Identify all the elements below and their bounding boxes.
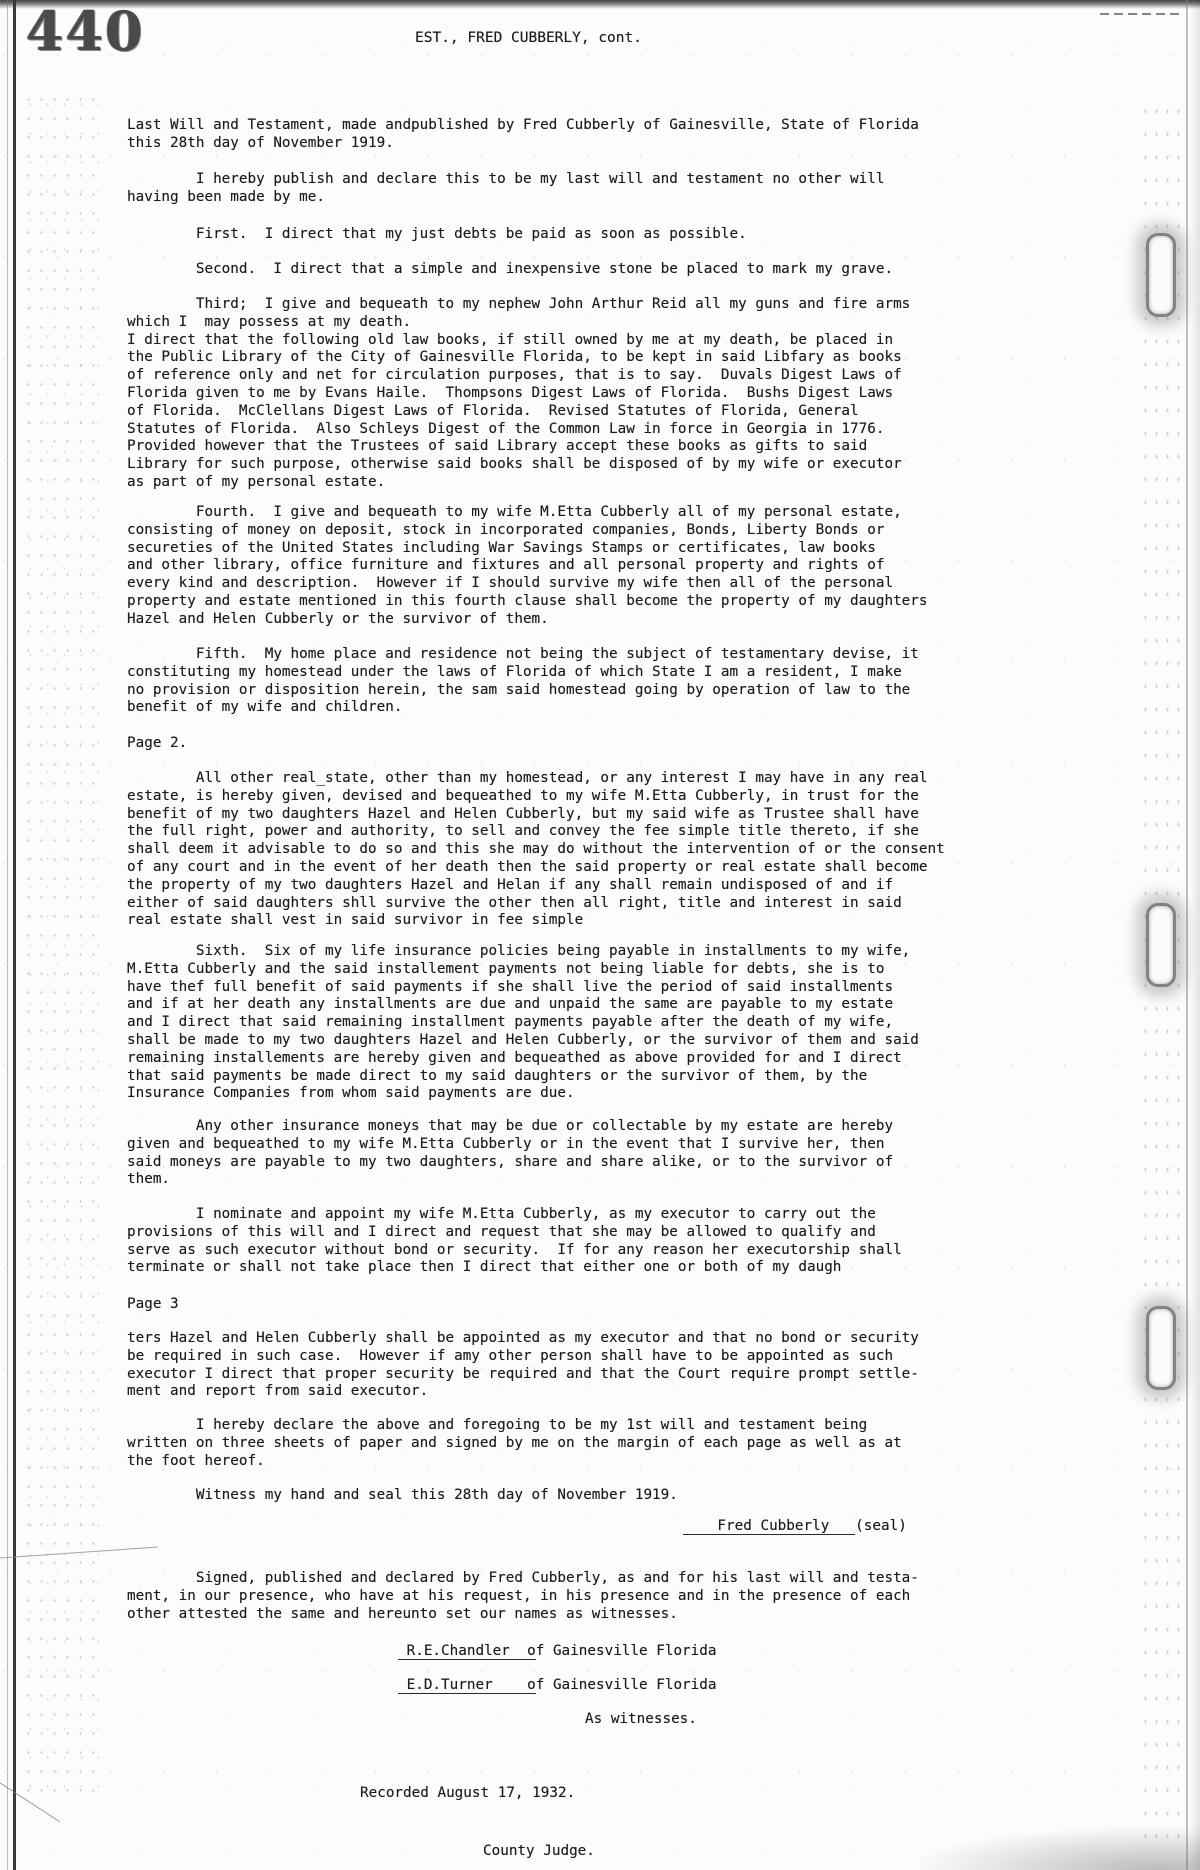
witness-signature-turner: E.D.Turner o	[398, 1677, 536, 1694]
binder-punch-hole-middle	[1146, 903, 1176, 987]
witness-residence-turner: f Gainesville Florida	[536, 1677, 717, 1693]
left-margin-line	[13, 0, 16, 1870]
paragraph-real-estate: All other real_state, other than my home…	[127, 770, 945, 930]
witness-line-turner: E.D.Turner of Gainesville Florida	[398, 1677, 717, 1695]
bottom-right-smudge	[920, 1828, 1200, 1870]
top-right-scan-marks	[1100, 13, 1180, 15]
paragraph-second: Second. I direct that a simple and inexp…	[127, 261, 893, 279]
stray-pen-line	[0, 1546, 158, 1558]
as-witnesses-label: As witnesses.	[585, 1711, 697, 1729]
left-margin-line-faint	[7, 0, 8, 1870]
paragraph-executor-continued: ters Hazel and Helen Cubberly shall be a…	[127, 1330, 919, 1401]
right-margin-line	[1186, 0, 1188, 1870]
paragraph-nominate-executor: I nominate and appoint my wife M.Etta Cu…	[127, 1206, 902, 1277]
paragraph-fifth: Fifth. My home place and residence not b…	[127, 646, 919, 717]
recorded-date: Recorded August 17, 1932.	[360, 1785, 575, 1803]
paragraph-attestation: Signed, published and declared by Fred C…	[127, 1570, 919, 1623]
page-header: EST., FRED CUBBERLY, cont.	[415, 30, 642, 46]
page-number-stamp: 440	[26, 2, 145, 60]
paragraph-third: Third; I give and bequeath to my nephew …	[127, 296, 910, 492]
paragraph-sixth: Sixth. Six of my life insurance policies…	[127, 943, 919, 1103]
paragraph-preamble: Last Will and Testament, made andpublish…	[127, 117, 919, 153]
right-edge-shade	[1190, 0, 1200, 1870]
paragraph-declare-foregoing: I hereby declare the above and foregoing…	[127, 1417, 902, 1470]
binder-punch-hole-bottom	[1146, 1306, 1176, 1390]
page-3-label: Page 3	[127, 1296, 179, 1314]
page-top-edge	[0, 0, 1200, 9]
paragraph-fourth: Fourth. I give and bequeath to my wife M…	[127, 504, 928, 629]
stray-corner-line	[0, 1779, 60, 1822]
page-2-label: Page 2.	[127, 735, 187, 753]
binder-punch-hole-top	[1146, 233, 1176, 317]
witness-residence-chandler: f Gainesville Florida	[536, 1643, 717, 1659]
witness-signature-chandler: R.E.Chandler o	[398, 1643, 536, 1660]
left-speckles	[22, 90, 100, 1800]
witness-line-chandler: R.E.Chandler of Gainesville Florida	[398, 1643, 717, 1661]
county-judge-label: County Judge.	[483, 1843, 595, 1861]
seal-label: (seal)	[855, 1518, 907, 1534]
testator-signature: Fred Cubberly	[683, 1518, 855, 1535]
paragraph-publish-declare: I hereby publish and declare this to be …	[127, 171, 884, 207]
testator-signature-line: Fred Cubberly (seal)	[683, 1518, 907, 1536]
document-page: 440 EST., FRED CUBBERLY, cont. Last Will…	[0, 0, 1200, 1870]
paragraph-witness-hand: Witness my hand and seal this 28th day o…	[127, 1487, 678, 1505]
paragraph-insurance-moneys: Any other insurance moneys that may be d…	[127, 1118, 893, 1189]
paragraph-first: First. I direct that my just debts be pa…	[127, 226, 747, 244]
